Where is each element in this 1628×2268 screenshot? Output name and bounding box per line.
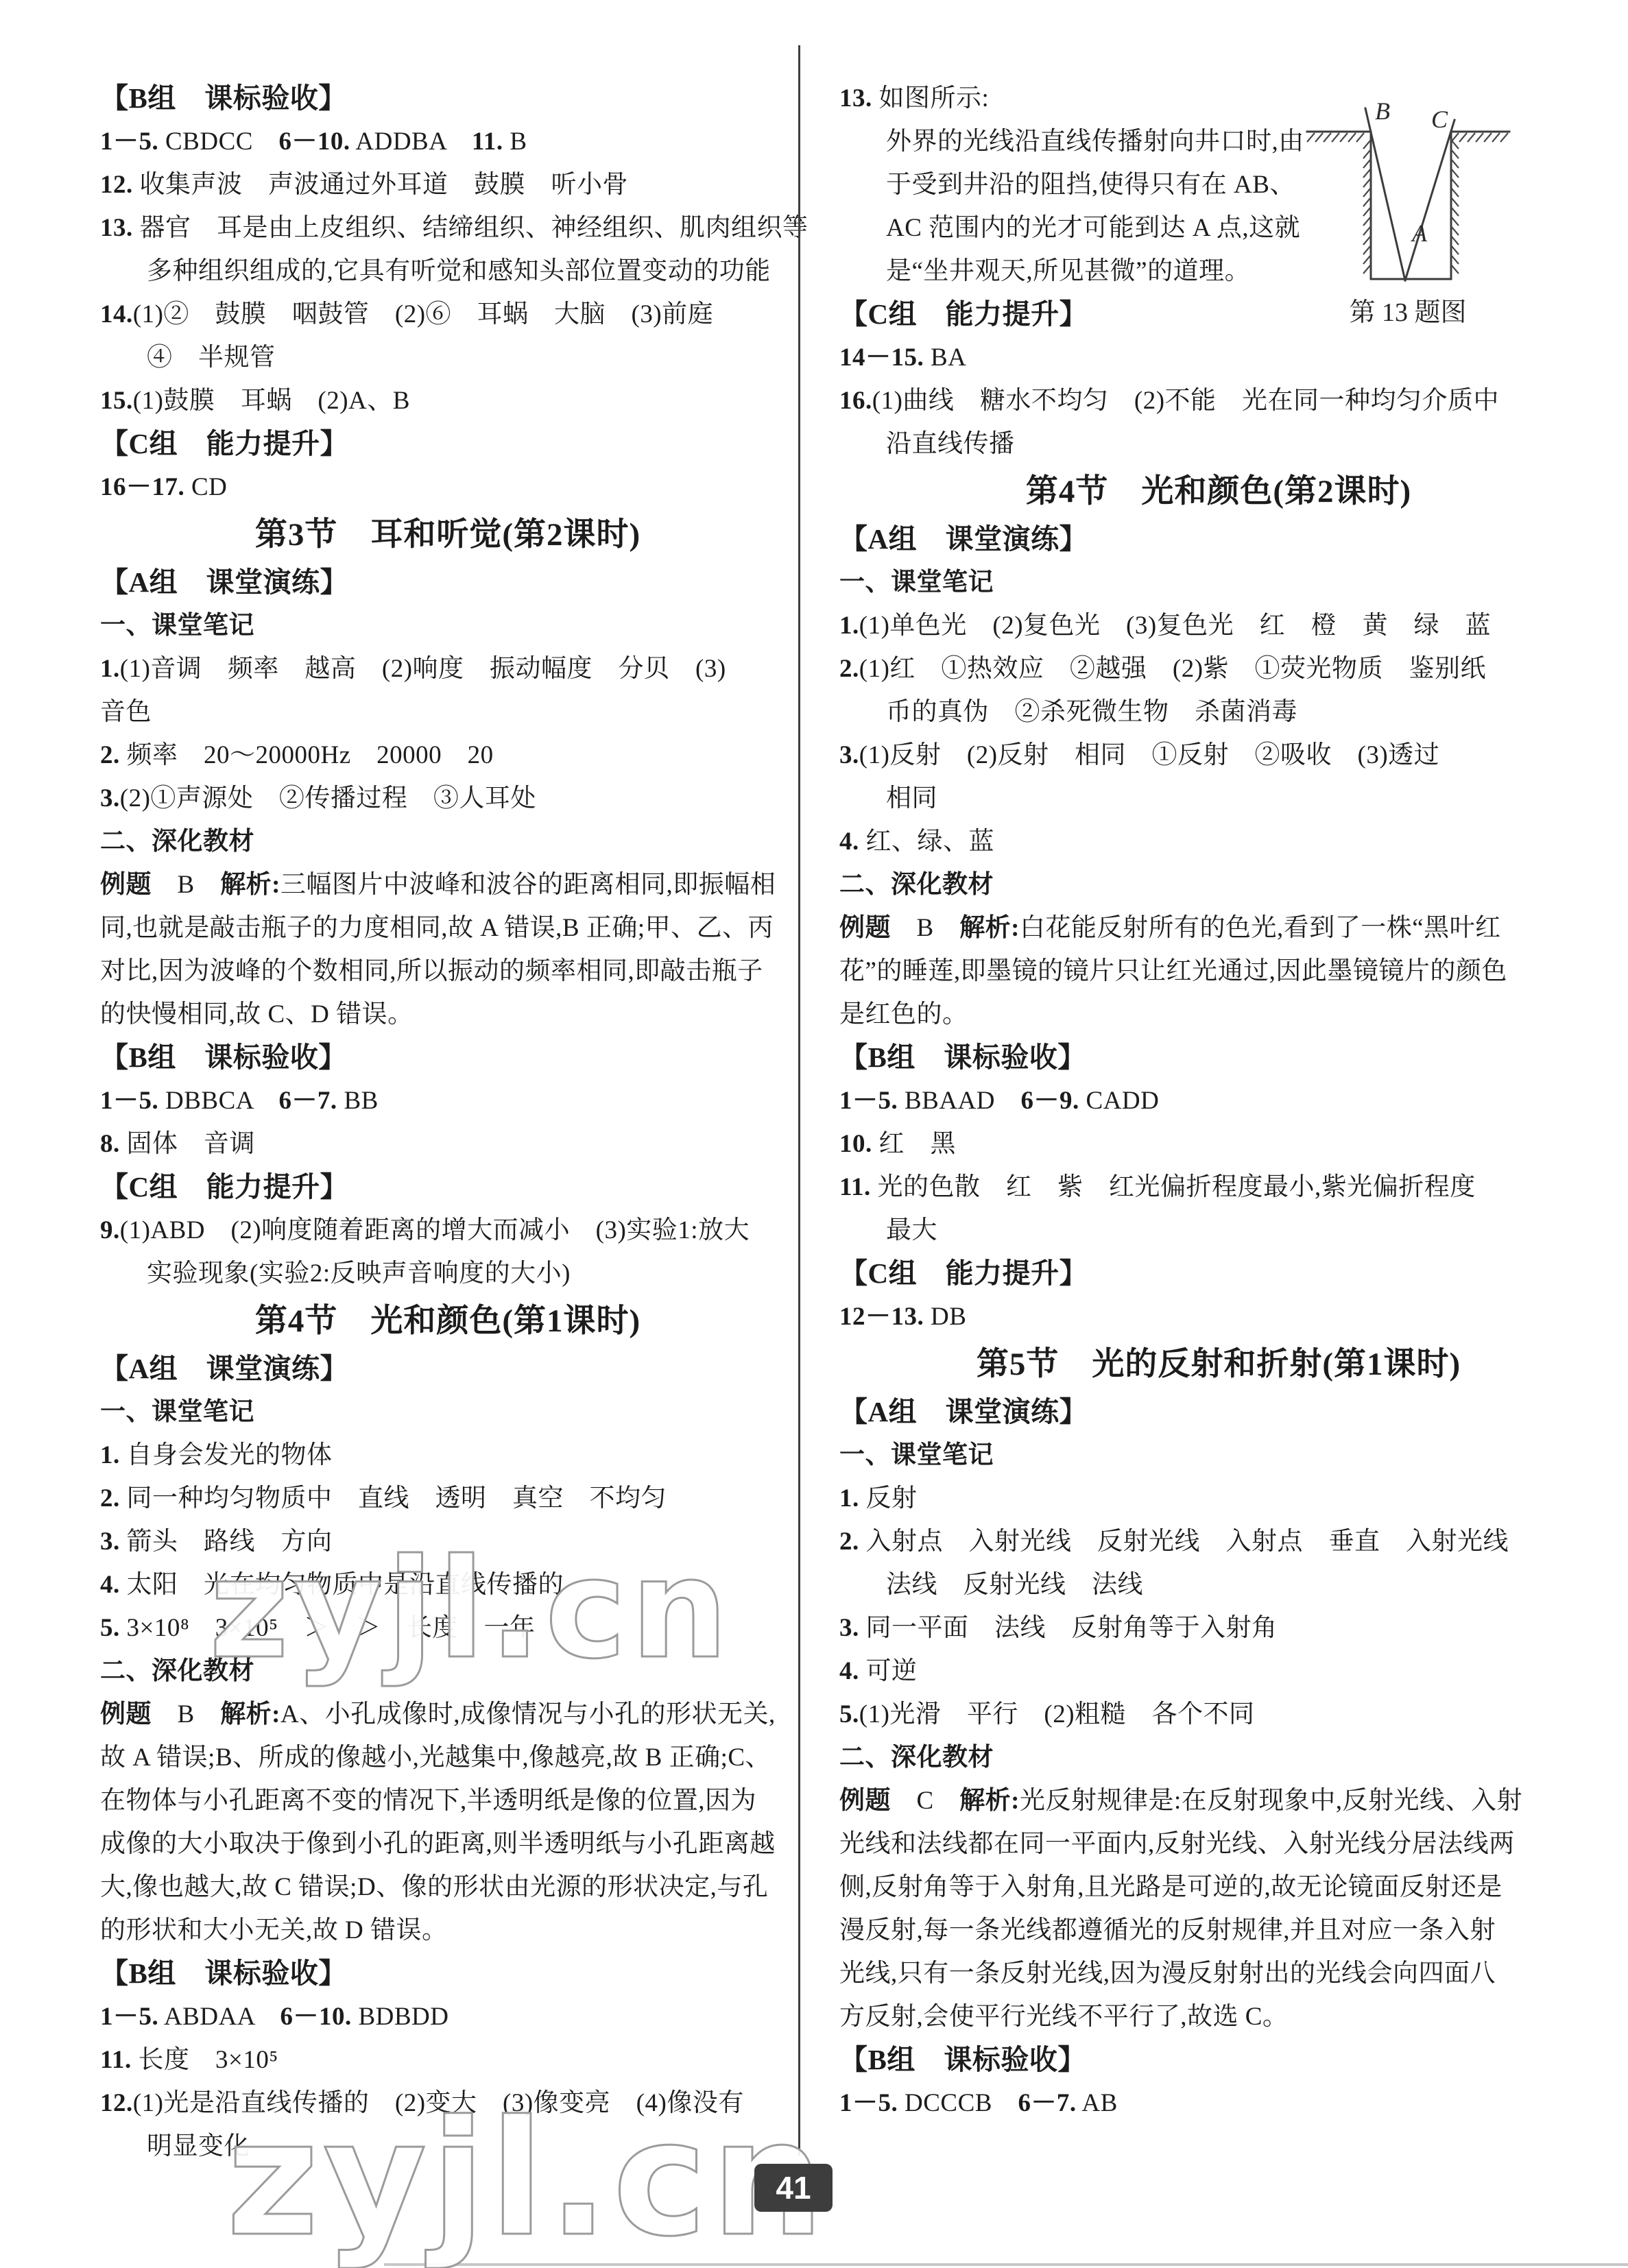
group-header: 【A组 课堂演练】 [839, 1390, 1598, 1434]
text-line: 12－13. DB [839, 1295, 1598, 1338]
text-line: 2. 同一种均匀物质中 直线 透明 真空 不均匀 [100, 1477, 795, 1520]
text-line: 一、课堂笔记 [839, 561, 1598, 604]
text-line: 明显变化 [100, 2125, 795, 2168]
text-line: 相同 [839, 777, 1598, 820]
text-line: 法线 反射光线 法线 [839, 1563, 1598, 1606]
text-line: 一、课堂笔记 [839, 1434, 1598, 1477]
well-diagram-icon: B C A [1298, 36, 1518, 289]
text-line: 4. 红、绿、蓝 [839, 820, 1598, 863]
text-line: 15.(1)鼓膜 耳蜗 (2)A、B [100, 379, 795, 422]
text-line: 最大 [839, 1209, 1598, 1252]
text-line: 例题 B 解析:A、小孔成像时,成像情况与小孔的形状无关, [100, 1693, 795, 1736]
text-line: 12.(1)光是沿直线传播的 (2)变大 (3)像变亮 (4)像没有 [100, 2082, 795, 2125]
figure-caption: 第 13 题图 [1298, 291, 1518, 328]
text-line: 光线,只有一条反射光线,因为漫反射射出的光线会向四面八 [839, 1952, 1598, 1995]
text-line: 11. 长度 3×10⁵ [100, 2038, 795, 2082]
text-line: 在物体与小孔距离不变的情况下,半透明纸是像的位置,因为 [100, 1779, 795, 1822]
text-line: 二、深化教材 [100, 1650, 795, 1693]
group-header: 【B组 课标验收】 [839, 2038, 1598, 2082]
text-line: 沿直线传播 [839, 422, 1598, 466]
figure-label-b: B [1375, 97, 1390, 125]
left-column: 【B组 课标验收】1－5. CBDCC 6－10. ADDBA 11. B12.… [100, 77, 795, 2168]
text-line: 二、深化教材 [839, 863, 1598, 906]
text-line: 14－15. BA [839, 336, 1598, 379]
text-line: 多种组织组成的,它具有听觉和感知头部位置变动的功能 [100, 250, 795, 293]
group-header: 【A组 课堂演练】 [839, 518, 1598, 561]
text-line: 例题 B 解析:三幅图片中波峰和波谷的距离相同,即振幅相 [100, 863, 795, 906]
text-line: 4. 可逆 [839, 1650, 1598, 1693]
text-line: 14.(1)② 鼓膜 咽鼓管 (2)⑥ 耳蜗 大脑 (3)前庭 [100, 293, 795, 336]
group-header: 【B组 课标验收】 [100, 1952, 795, 1995]
text-line: 对比,因为波峰的个数相同,所以振动的频率相同,即敲击瓶子 [100, 950, 795, 993]
text-line: 3.(1)反射 (2)反射 相同 ①反射 ②吸收 (3)透过 [839, 734, 1598, 777]
text-line: 8. 固体 音调 [100, 1122, 795, 1166]
right-column: 13. 如图所示:外界的光线沿直线传播射向井口时,由于受到井沿的阻挡,使得只有在… [839, 77, 1598, 2125]
text-line: 1.(1)音调 频率 越高 (2)响度 振动幅度 分贝 (3) [100, 647, 795, 690]
text-line: 9.(1)ABD (2)响度随着距离的增大而减小 (3)实验1:放大 [100, 1209, 795, 1252]
text-line: 一、课堂笔记 [100, 1390, 795, 1434]
group-header: 【A组 课堂演练】 [100, 561, 795, 604]
text-line: 1－5. CBDCC 6－10. ADDBA 11. B [100, 120, 795, 163]
text-line: 1. 反射 [839, 1477, 1598, 1520]
text-line: 漫反射,每一条光线都遵循光的反射规律,并且对应一条入射 [839, 1909, 1598, 1952]
text-line: 1. 自身会发光的物体 [100, 1434, 795, 1477]
text-line: 4. 太阳 光在均匀物质中是沿直线传播的 [100, 1563, 795, 1606]
text-line: 二、深化教材 [839, 1736, 1598, 1779]
column-divider [798, 45, 800, 2156]
text-line: 11. 光的色散 红 紫 红光偏折程度最小,紫光偏折程度 [839, 1166, 1598, 1209]
text-line: 2. 频率 20～20000Hz 20000 20 [100, 734, 795, 777]
text-line: 故 A 错误;B、所成的像越小,光越集中,像越亮,故 B 正确;C、 [100, 1736, 795, 1779]
group-header: 【C组 能力提升】 [839, 1252, 1598, 1295]
text-line: 一、课堂笔记 [100, 604, 795, 647]
text-line: ④ 半规管 [100, 336, 795, 379]
text-line: 1－5. BBAAD 6－9. CADD [839, 1079, 1598, 1122]
text-line: 是红色的。 [839, 993, 1598, 1036]
group-header: 【B组 课标验收】 [100, 1036, 795, 1079]
text-line: 5. 3×10⁸ 3×10⁵ ＞ ＞ 长度 一年 [100, 1606, 795, 1650]
page-number-badge: 41 [754, 2164, 833, 2212]
figure-label-a: A [1411, 219, 1428, 247]
text-line: 同,也就是敲击瓶子的力度相同,故 A 错误,B 正确;甲、乙、丙 [100, 906, 795, 950]
group-header: 【C组 能力提升】 [100, 1166, 795, 1209]
text-line: 光线和法线都在同一平面内,反射光线、入射光线分居法线两 [839, 1822, 1598, 1866]
text-line: 1－5. DCCCB 6－7. AB [839, 2082, 1598, 2125]
text-line: 的形状和大小无关,故 D 错误。 [100, 1909, 795, 1952]
text-line: 二、深化教材 [100, 820, 795, 863]
group-header: 【C组 能力提升】 [100, 422, 795, 466]
section-header: 第4节 光和颜色(第1课时) [100, 1295, 795, 1347]
text-line: 10. 红 黑 [839, 1122, 1598, 1166]
text-line: 侧,反射角等于入射角,且光路是可逆的,故无论镜面反射还是 [839, 1866, 1598, 1909]
text-line: 16－17. CD [100, 466, 795, 509]
text-line: 12. 收集声波 声波通过外耳道 鼓膜 听小骨 [100, 163, 795, 206]
text-line: 音色 [100, 690, 795, 734]
text-line: 3. 同一平面 法线 反射角等于入射角 [839, 1606, 1598, 1650]
figure-label-c: C [1431, 106, 1448, 133]
text-line: 的快慢相同,故 C、D 错误。 [100, 993, 795, 1036]
text-line: 5.(1)光滑 平行 (2)粗糙 各个不同 [839, 1693, 1598, 1736]
section-header: 第3节 耳和听觉(第2课时) [100, 509, 795, 561]
text-line: 实验现象(实验2:反映声音响度的大小) [100, 1252, 795, 1295]
text-line: 币的真伪 ②杀死微生物 杀菌消毒 [839, 690, 1598, 734]
text-line: 花”的睡莲,即墨镜的镜片只让红光通过,因此墨镜镜片的颜色 [839, 950, 1598, 993]
page-number: 41 [776, 2169, 811, 2206]
text-line: 例题 B 解析:白花能反射所有的色光,看到了一株“黑叶红 [839, 906, 1598, 950]
group-header: 【B组 课标验收】 [100, 77, 795, 120]
text-line: 2. 入射点 入射光线 反射光线 入射点 垂直 入射光线 [839, 1520, 1598, 1563]
text-line: 13. 器官 耳是由上皮组织、结缔组织、神经组织、肌肉组织等 [100, 206, 795, 250]
group-header: 【A组 课堂演练】 [100, 1347, 795, 1390]
text-line: 成像的大小取决于像到小孔的距离,则半透明纸与小孔距离越 [100, 1822, 795, 1866]
text-line: 1－5. DBBCA 6－7. BB [100, 1079, 795, 1122]
scan-edge-artifact [384, 2263, 1628, 2266]
text-line: 2.(1)红 ①热效应 ②越强 (2)紫 ①荧光物质 鉴别纸 [839, 647, 1598, 690]
text-line: 大,像也越大,故 C 错误;D、像的形状由光源的形状决定,与孔 [100, 1866, 795, 1909]
text-line: 方反射,会使平行光线不平行了,故选 C。 [839, 1995, 1598, 2038]
text-line: 16.(1)曲线 糖水不均匀 (2)不能 光在同一种均匀介质中 [839, 379, 1598, 422]
text-line: 3.(2)①声源处 ②传播过程 ③人耳处 [100, 777, 795, 820]
section-header: 第4节 光和颜色(第2课时) [839, 466, 1598, 518]
text-line: 1.(1)单色光 (2)复色光 (3)复色光 红 橙 黄 绿 蓝 [839, 604, 1598, 647]
text-line: 3. 箭头 路线 方向 [100, 1520, 795, 1563]
group-header: 【B组 课标验收】 [839, 1036, 1598, 1079]
problem-13-figure: B C A 第 13 题图 [1298, 36, 1518, 335]
text-line: 例题 C 解析:光反射规律是:在反射现象中,反射光线、入射 [839, 1779, 1598, 1822]
text-line: 1－5. ABDAA 6－10. BDBDD [100, 1995, 795, 2038]
section-header: 第5节 光的反射和折射(第1课时) [839, 1338, 1598, 1390]
scanned-answer-page: 【B组 课标验收】1－5. CBDCC 6－10. ADDBA 11. B12.… [0, 0, 1628, 2268]
